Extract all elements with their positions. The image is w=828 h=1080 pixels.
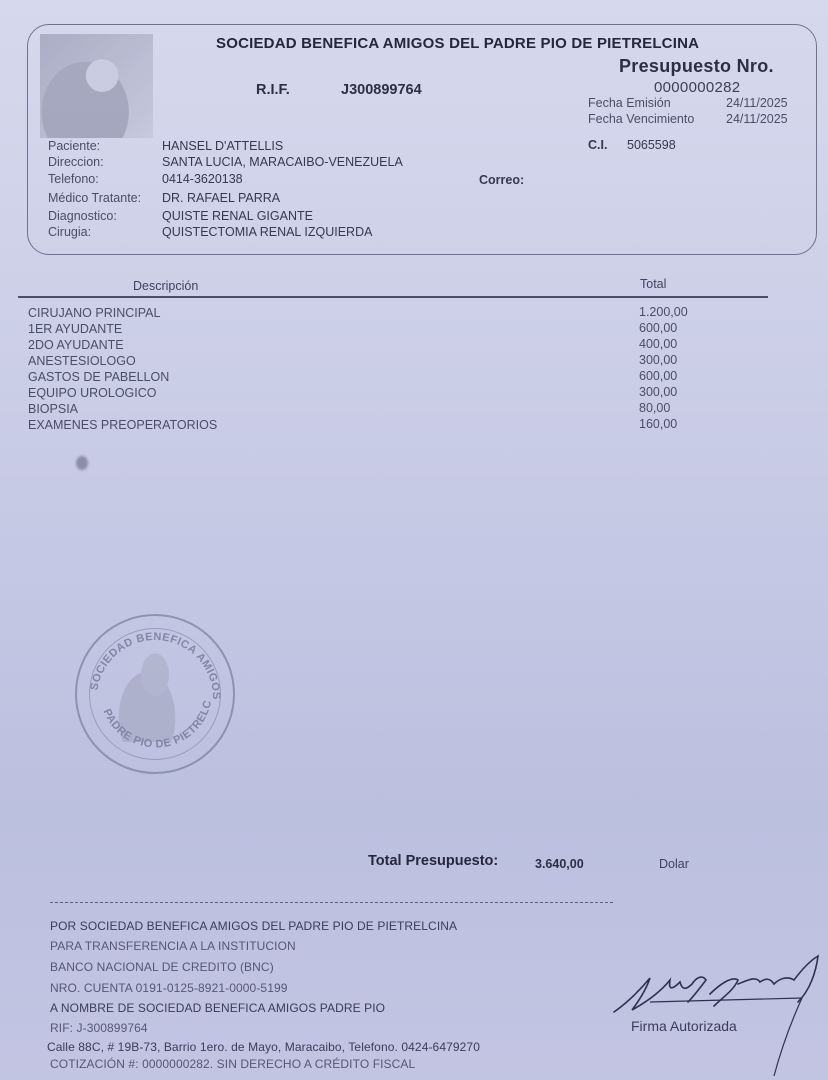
doctor-value: DR. RAFAEL PARRA — [162, 191, 280, 205]
footer-line-address: Calle 88C, # 19B-73, Barrio 1ero. de May… — [47, 1040, 480, 1054]
table-row-description: CIRUJANO PRINCIPAL — [28, 305, 217, 321]
signature-label: Firma Autorizada — [631, 1018, 737, 1034]
column-header-total: Total — [640, 277, 666, 291]
address-label: Direccion: — [48, 155, 104, 169]
table-row-description: 1ER AYUDANTE — [28, 321, 217, 337]
table-row-total: 80,00 — [639, 400, 688, 416]
table-row-total: 300,00 — [639, 352, 688, 368]
issue-date: 24/11/2025 — [726, 96, 788, 110]
due-date: 24/11/2025 — [726, 112, 788, 126]
budget-number: 0000000282 — [654, 79, 740, 96]
footer-separator — [50, 902, 613, 903]
patient-name-label: Paciente: — [48, 139, 100, 153]
item-descriptions: CIRUJANO PRINCIPAL1ER AYUDANTE2DO AYUDAN… — [28, 305, 217, 433]
table-row-total: 160,00 — [639, 416, 688, 432]
issue-date-label: Fecha Emisión — [588, 96, 671, 110]
table-row-description: EQUIPO UROLOGICO — [28, 385, 217, 401]
item-totals: 1.200,00600,00400,00300,00600,00300,0080… — [639, 304, 688, 432]
table-row-total: 300,00 — [639, 384, 688, 400]
footer-line-quote: COTIZACIÓN #: 0000000282. SIN DERECHO A … — [50, 1057, 415, 1071]
diagnosis-value: QUISTE RENAL GIGANTE — [162, 209, 313, 223]
email-label: Correo: — [479, 173, 524, 187]
svg-text:SOCIEDAD BENEFICA AMIGOS: SOCIEDAD BENEFICA AMIGOS — [88, 631, 222, 700]
stamp-text-ring: SOCIEDAD BENEFICA AMIGOS PADRE PIO DE PI… — [77, 616, 233, 772]
total-value: 3.640,00 — [535, 857, 584, 871]
diagnosis-label: Diagnostico: — [48, 209, 117, 223]
organization-name: SOCIEDAD BENEFICA AMIGOS DEL PADRE PIO D… — [216, 35, 699, 52]
budget-title: Presupuesto Nro. — [619, 56, 774, 77]
padre-pio-photo — [40, 34, 153, 138]
doctor-label: Médico Tratante: — [48, 191, 141, 205]
footer-line-account-holder: A NOMBRE DE SOCIEDAD BENEFICA AMIGOS PAD… — [50, 1001, 385, 1015]
official-stamp: SOCIEDAD BENEFICA AMIGOS PADRE PIO DE PI… — [75, 614, 235, 774]
table-row-total: 400,00 — [639, 336, 688, 352]
surgery-label: Cirugia: — [48, 225, 91, 239]
total-label: Total Presupuesto: — [368, 853, 498, 869]
table-row-total: 600,00 — [639, 368, 688, 384]
ink-smudge — [76, 456, 88, 470]
surgery-value: QUISTECTOMIA RENAL IZQUIERDA — [162, 225, 372, 239]
signature-mark — [610, 950, 828, 1080]
rif-value: J300899764 — [341, 82, 422, 98]
table-row-description: BIOPSIA — [28, 401, 217, 417]
footer-line-org: POR SOCIEDAD BENEFICA AMIGOS DEL PADRE P… — [50, 919, 457, 933]
address-value: SANTA LUCIA, MARACAIBO-VENEZUELA — [162, 155, 403, 169]
footer-line-account: NRO. CUENTA 0191-0125-8921-0000-5199 — [50, 981, 288, 995]
table-row-description: 2DO AYUDANTE — [28, 337, 217, 353]
ci-label: C.I. — [588, 138, 607, 152]
table-header-rule — [18, 296, 768, 298]
footer-line-transfer: PARA TRANSFERENCIA A LA INSTITUCION — [50, 939, 296, 953]
table-row-total: 600,00 — [639, 320, 688, 336]
phone-value: 0414-3620138 — [162, 172, 243, 186]
patient-name: HANSEL D'ATTELLIS — [162, 139, 283, 153]
table-row-description: EXAMENES PREOPERATORIOS — [28, 417, 217, 433]
table-row-description: ANESTESIOLOGO — [28, 353, 217, 369]
due-date-label: Fecha Vencimiento — [588, 112, 694, 126]
footer-line-rif: RIF: J-300899764 — [50, 1021, 148, 1035]
phone-label: Telefono: — [48, 172, 99, 186]
ci-value: 5065598 — [627, 138, 676, 152]
rif-label: R.I.F. — [256, 82, 290, 98]
column-header-description: Descripción — [133, 279, 198, 293]
table-row-total: 1.200,00 — [639, 304, 688, 320]
currency-label: Dolar — [659, 857, 689, 871]
footer-line-bank: BANCO NACIONAL DE CREDITO (BNC) — [50, 960, 274, 974]
table-row-description: GASTOS DE PABELLON — [28, 369, 217, 385]
